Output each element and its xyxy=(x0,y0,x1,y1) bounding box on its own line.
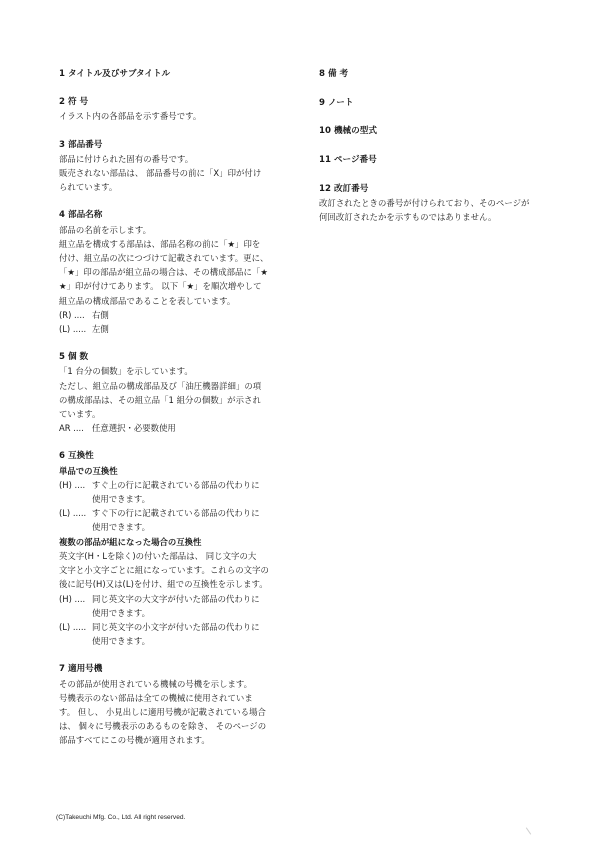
section-heading: 11 ページ番号 xyxy=(319,153,584,167)
text-line: 販売されない部品は、 部品番号の前に「X」印が付け xyxy=(59,166,309,180)
text-line: 英文字(H・Lを除く)の付いた部品は、 同じ文字の大 xyxy=(59,549,309,563)
text-line: 改訂されたときの番号が付けられており、そのページが xyxy=(319,196,584,210)
section-heading: 2 符 号 xyxy=(59,95,309,109)
definition-value: 同じ英文字の小文字が付いた部品の代わりに 使用できます。 xyxy=(92,620,260,648)
section-interchangeability: 6 互換性 単品での互換性 (H) .... すぐ上の行に記載されている部品の代… xyxy=(59,449,309,648)
definition-value-line: 使用できます。 xyxy=(92,492,260,506)
definition-value-line: 使用できます。 xyxy=(92,634,260,648)
section-quantity: 5 個 数 「1 台分の個数」を示しています。 ただし、組立品の構成部品及び「油… xyxy=(59,350,309,435)
definition-key: AR .... xyxy=(59,421,92,435)
section-heading: 5 個 数 xyxy=(59,350,309,364)
section-heading: 10 機械の型式 xyxy=(319,124,584,138)
definition-item: (L) ..... 同じ英文字の小文字が付いた部品の代わりに 使用できます。 xyxy=(59,620,309,648)
text-line: 部品すべてにこの号機が適用されます。 xyxy=(59,733,309,747)
definition-item: (L) ..... すぐ下の行に記載されている部品の代わりに 使用できます。 xyxy=(59,506,309,534)
section-heading: 12 改訂番号 xyxy=(319,182,584,196)
text-line: 「★」印の部品が組立品の場合は、その構成部品に「★ xyxy=(59,265,309,279)
section-heading: 3 部品番号 xyxy=(59,138,309,152)
definition-item: (L) ..... 左側 xyxy=(59,322,309,336)
definition-item: (H) .... すぐ上の行に記載されている部品の代わりに 使用できます。 xyxy=(59,478,309,506)
scan-artifact xyxy=(526,827,531,834)
section-heading: 1 タイトル及びサブタイトル xyxy=(59,67,309,81)
text-line: 「1 台分の個数」を示しています。 xyxy=(59,364,309,378)
definition-value-line: 同じ英文字の大文字が付いた部品の代わりに xyxy=(92,592,260,606)
definition-value-line: 同じ英文字の小文字が付いた部品の代わりに xyxy=(92,620,260,634)
definition-value: 左側 xyxy=(92,322,109,336)
section-heading: 4 部品名称 xyxy=(59,208,309,222)
definition-value: 同じ英文字の大文字が付いた部品の代わりに 使用できます。 xyxy=(92,592,260,620)
definition-item: (R) .... 右側 xyxy=(59,308,309,322)
section-heading: 7 適用号機 xyxy=(59,662,309,676)
definition-key: (L) ..... xyxy=(59,322,92,336)
text-line: ています。 xyxy=(59,407,309,421)
text-line: ★」印が付けてあります。 以下「★」を順次増やして xyxy=(59,279,309,293)
text-line: 部品の名前を示します。 xyxy=(59,223,309,237)
section-remarks: 8 備 考 xyxy=(319,67,584,81)
text-line: 部品に付けられた固有の番号です。 xyxy=(59,152,309,166)
definition-key: (R) .... xyxy=(59,308,92,322)
text-line: 後に記号(H)又は(L)を付け、組での互換性を示します。 xyxy=(59,577,309,591)
text-line: す。 但し、 小見出しに適用号機が記載されている場合 xyxy=(59,705,309,719)
definition-key: (H) .... xyxy=(59,478,92,506)
text-line: イラスト内の各部品を示す番号です。 xyxy=(59,109,309,123)
section-part-number: 3 部品番号 部品に付けられた固有の番号です。 販売されない部品は、 部品番号の… xyxy=(59,138,309,195)
definition-value-line: 使用できます。 xyxy=(92,520,260,534)
section-machine-model: 10 機械の型式 xyxy=(319,124,584,138)
text-line: その部品が使用されている機械の号機を示します。 xyxy=(59,677,309,691)
definition-key: (L) ..... xyxy=(59,620,92,648)
text-line: 組立品を構成する部品は、部品名称の前に「★」印を xyxy=(59,237,309,251)
text-line: は、 個々に号機表示のあるものを除き、 そのページの xyxy=(59,719,309,733)
text-line: 組立品の構成部品であることを表しています。 xyxy=(59,294,309,308)
definition-value: 右側 xyxy=(92,308,109,322)
copyright-footer: (C)Takeuchi Mfg. Co., Ltd. All right res… xyxy=(56,814,185,821)
definition-value: すぐ下の行に記載されている部品の代わりに 使用できます。 xyxy=(92,506,260,534)
section-revision-number: 12 改訂番号 改訂されたときの番号が付けられており、そのページが 何回改訂され… xyxy=(319,182,584,225)
definition-value-line: すぐ下の行に記載されている部品の代わりに xyxy=(92,506,260,520)
text-line: 付け、組立品の次につづけて記載されています。更に、 xyxy=(59,251,309,265)
definition-item: (H) .... 同じ英文字の大文字が付いた部品の代わりに 使用できます。 xyxy=(59,592,309,620)
section-symbol: 2 符 号 イラスト内の各部品を示す番号です。 xyxy=(59,95,309,123)
definition-value: 任意選択・必要数使用 xyxy=(92,421,176,435)
section-page-number: 11 ページ番号 xyxy=(319,153,584,167)
section-heading: 9 ノート xyxy=(319,96,584,110)
text-line: の構成部品は、その組立品「1 組分の個数」が示され xyxy=(59,393,309,407)
text-line: られています。 xyxy=(59,180,309,194)
subsection-heading: 単品での互換性 xyxy=(59,464,309,478)
text-line: 何回改訂されたかを示すものではありません。 xyxy=(319,210,584,224)
right-column: 8 備 考 9 ノート 10 機械の型式 11 ページ番号 12 改訂番号 改訂… xyxy=(319,67,584,239)
section-applicable-serial: 7 適用号機 その部品が使用されている機械の号機を示します。 号機表示のない部品… xyxy=(59,662,309,747)
definition-key: (H) .... xyxy=(59,592,92,620)
subsection-heading: 複数の部品が組になった場合の互換性 xyxy=(59,535,309,549)
text-line: 号機表示のない部品は全ての機械に使用されていま xyxy=(59,691,309,705)
definition-key: (L) ..... xyxy=(59,506,92,534)
definition-value: すぐ上の行に記載されている部品の代わりに 使用できます。 xyxy=(92,478,260,506)
text-line: 文字と小文字ごとに組になっています。これらの文字の xyxy=(59,563,309,577)
text-line: ただし、組立品の構成部品及び「油圧機器詳細」の項 xyxy=(59,379,309,393)
section-part-name: 4 部品名称 部品の名前を示します。 組立品を構成する部品は、部品名称の前に「★… xyxy=(59,208,309,336)
left-column: 1 タイトル及びサブタイトル 2 符 号 イラスト内の各部品を示す番号です。 3… xyxy=(59,67,309,762)
section-note: 9 ノート xyxy=(319,96,584,110)
definition-item: AR .... 任意選択・必要数使用 xyxy=(59,421,309,435)
section-heading: 6 互換性 xyxy=(59,449,309,463)
section-heading: 8 備 考 xyxy=(319,67,584,81)
definition-value-line: すぐ上の行に記載されている部品の代わりに xyxy=(92,478,260,492)
definition-value-line: 使用できます。 xyxy=(92,606,260,620)
section-title-subtitle: 1 タイトル及びサブタイトル xyxy=(59,67,309,81)
